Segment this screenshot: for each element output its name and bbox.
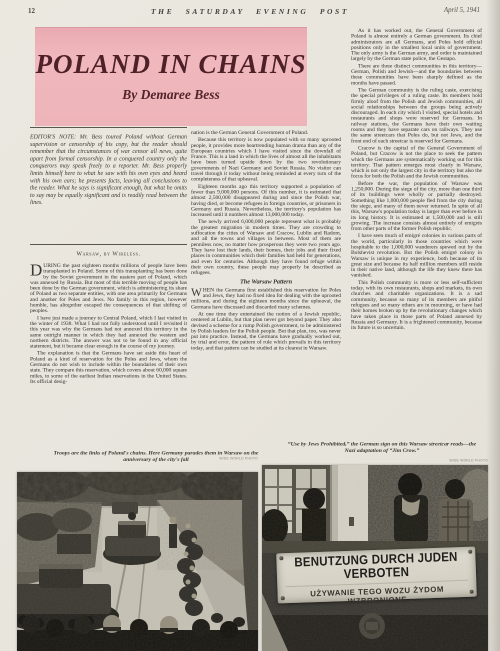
article-paragraph: WHEN the Germans first established this … bbox=[191, 287, 341, 310]
editors-note-box: EDITOR'S NOTE: Mr. Bess toured Poland wi… bbox=[30, 133, 187, 241]
dateline-box: Warsaw, by Wireless. bbox=[30, 251, 187, 262]
article-paragraph: There are three distinct communities in … bbox=[351, 63, 482, 86]
divider bbox=[30, 127, 187, 128]
bolt-icon bbox=[281, 596, 285, 600]
photo-credit: WIDE WORLD PHOTO bbox=[436, 459, 488, 463]
article-paragraph: I have just made a journey to Central Po… bbox=[30, 315, 187, 349]
right-column: As it has worked out, the General Govern… bbox=[351, 28, 482, 438]
dateline: Warsaw, by Wireless. bbox=[30, 251, 187, 257]
drop-cap: W bbox=[191, 287, 203, 297]
left-photo-credit-box: WIDE WORLD PHOTO bbox=[206, 457, 258, 464]
title-block: POLAND IN CHAINS By Demaree Bess bbox=[35, 27, 307, 126]
bolt-icon bbox=[470, 590, 474, 594]
article-title: POLAND IN CHAINS bbox=[35, 49, 307, 80]
left-column: DURING the past eighteen months millions… bbox=[30, 263, 187, 437]
article-paragraph: At one time they entertained the notion … bbox=[191, 311, 341, 351]
drop-cap: D bbox=[30, 263, 43, 277]
masthead: THE SATURDAY EVENING POST bbox=[0, 7, 500, 16]
editors-note: EDITOR'S NOTE: Mr. Bess toured Poland wi… bbox=[30, 133, 187, 206]
photo-caption: “Use by Jews Prohibited,” the German sig… bbox=[284, 441, 480, 454]
section-subhead: The Warsaw Pattern bbox=[191, 279, 341, 285]
article-paragraph: I have seen much of emigré colonies in v… bbox=[351, 233, 482, 278]
article-paragraph: As it has worked out, the General Govern… bbox=[351, 28, 482, 62]
article-paragraph: Eighteen months ago this territory suppo… bbox=[191, 184, 341, 218]
streetcar-prohibition-sign: BENUTZUNG DURCH JUDEN VERBOTEN UŻYWANIE … bbox=[276, 547, 477, 604]
divider bbox=[30, 244, 187, 245]
article-paragraph: This Polish community is more or less se… bbox=[351, 280, 482, 331]
article-paragraph: The explanation is that the Germans have… bbox=[30, 351, 187, 385]
magazine-page: 12 THE SATURDAY EVENING POST April 5, 19… bbox=[0, 0, 500, 651]
issue-date: April 5, 1941 bbox=[444, 7, 480, 14]
photo-tanks-parade bbox=[17, 472, 258, 651]
photo-credit: WIDE WORLD PHOTO bbox=[206, 457, 258, 461]
article-paragraph: Because this territory is now populated … bbox=[191, 137, 341, 182]
page-edge-shadow bbox=[486, 0, 500, 651]
paragraph-text: HEN the Germans first established this r… bbox=[191, 287, 341, 310]
article-byline: By Demaree Bess bbox=[35, 87, 307, 103]
middle-column: nation is the German General Government … bbox=[191, 130, 341, 438]
article-paragraph: nation is the German General Government … bbox=[191, 130, 341, 136]
article-paragraph: The German community is the ruling caste… bbox=[351, 87, 482, 143]
sign-text-german: BENUTZUNG DURCH JUDEN VERBOTEN bbox=[276, 550, 476, 584]
article-paragraph: The newly arrived 6,000,000 people repre… bbox=[191, 219, 341, 275]
article-paragraph: Before the war, the population of Warsaw… bbox=[351, 181, 482, 232]
article-paragraph: Cracow is the capital of the General Gov… bbox=[351, 145, 482, 179]
article-paragraph: DURING the past eighteen months millions… bbox=[30, 263, 187, 314]
paragraph-text: URING the past eighteen months millions … bbox=[30, 263, 187, 314]
